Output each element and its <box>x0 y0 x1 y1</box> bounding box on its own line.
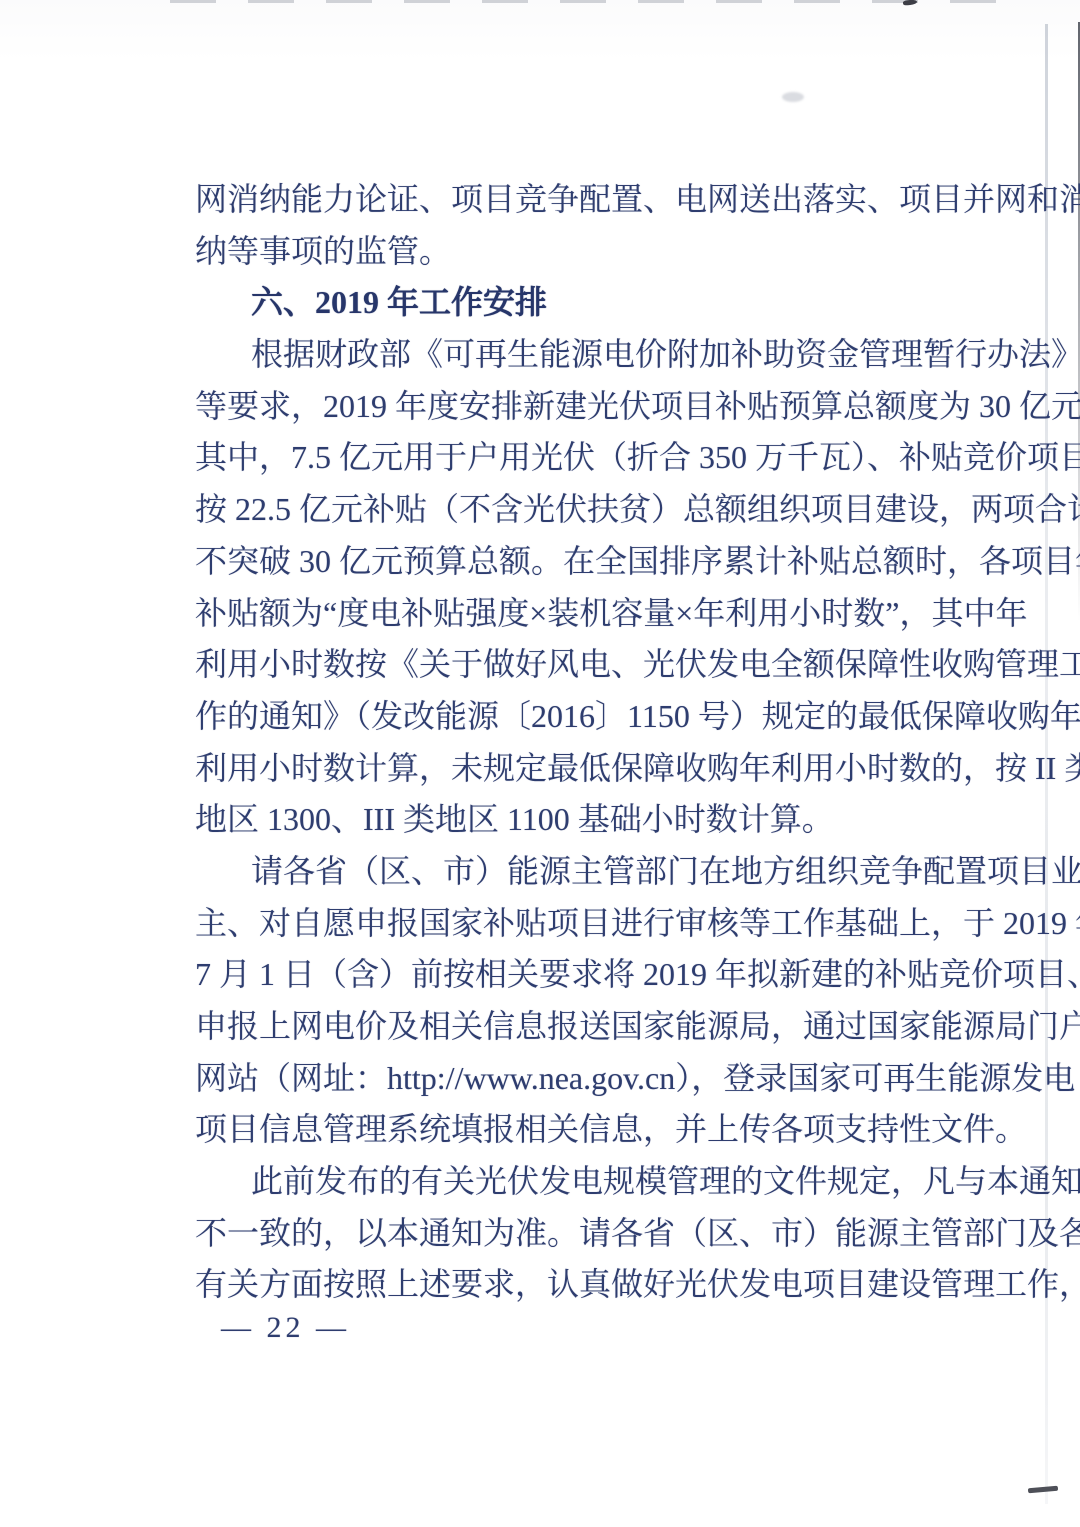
text-line: 有关方面按照上述要求，认真做好光伏发电项目建设管理工作， <box>195 1259 963 1311</box>
text-line: 网站（网址：http://www.nea.gov.cn），登录国家可再生能源发电 <box>195 1053 963 1105</box>
text-line: 利用小时数计算，未规定最低保障收购年利用小时数的，按 II 类 <box>195 743 963 795</box>
scan-artifact-top-edge <box>170 0 1010 3</box>
text-line: 不突破 30 亿元预算总额。在全国排序累计补贴总额时，各项目年 <box>195 536 963 588</box>
scan-artifact-bottom-dash <box>1028 1486 1058 1494</box>
document-body: 网消纳能力论证、项目竞争配置、电网送出落实、项目并网和消 纳等事项的监管。 六、… <box>195 174 963 1311</box>
scan-artifact-smudge <box>782 92 804 102</box>
section-heading: 六、2019 年工作安排 <box>195 277 963 329</box>
text-line: 网消纳能力论证、项目竞争配置、电网送出落实、项目并网和消 <box>195 174 963 226</box>
text-line: 不一致的，以本通知为准。请各省（区、市）能源主管部门及各 <box>195 1208 963 1260</box>
text-line: 补贴额为“度电补贴强度×装机容量×年利用小时数”，其中年 <box>195 588 963 640</box>
text-line: 根据财政部《可再生能源电价附加补助资金管理暂行办法》 <box>195 329 963 381</box>
text-line: 7 月 1 日（含）前按相关要求将 2019 年拟新建的补贴竞价项目、 <box>195 949 963 1001</box>
scan-artifact-top-dot <box>903 0 917 6</box>
text-line: 按 22.5 亿元补贴（不含光伏扶贫）总额组织项目建设，两项合计 <box>195 484 963 536</box>
text-line: 利用小时数按《关于做好风电、光伏发电全额保障性收购管理工 <box>195 639 963 691</box>
text-line: 申报上网电价及相关信息报送国家能源局，通过国家能源局门户 <box>195 1001 963 1053</box>
text-line: 主、对自愿申报国家补贴项目进行审核等工作基础上，于 2019 年 <box>195 898 963 950</box>
text-line: 此前发布的有关光伏发电规模管理的文件规定，凡与本通知 <box>195 1156 963 1208</box>
text-line: 其中，7.5 亿元用于户用光伏（折合 350 万千瓦）、补贴竞价项目 <box>195 432 963 484</box>
text-line: 纳等事项的监管。 <box>195 226 963 278</box>
text-line: 项目信息管理系统填报相关信息，并上传各项支持性文件。 <box>195 1104 963 1156</box>
text-line: 作的通知》（发改能源〔2016〕1150 号）规定的最低保障收购年 <box>195 691 963 743</box>
document-page: 网消纳能力论证、项目竞争配置、电网送出落实、项目并网和消 纳等事项的监管。 六、… <box>0 0 1080 1527</box>
text-line: 等要求，2019 年度安排新建光伏项目补贴预算总额度为 30 亿元， <box>195 381 963 433</box>
text-line: 地区 1300、III 类地区 1100 基础小时数计算。 <box>195 794 963 846</box>
page-number: — 22 — <box>221 1306 350 1350</box>
text-line: 请各省（区、市）能源主管部门在地方组织竞争配置项目业 <box>195 846 963 898</box>
